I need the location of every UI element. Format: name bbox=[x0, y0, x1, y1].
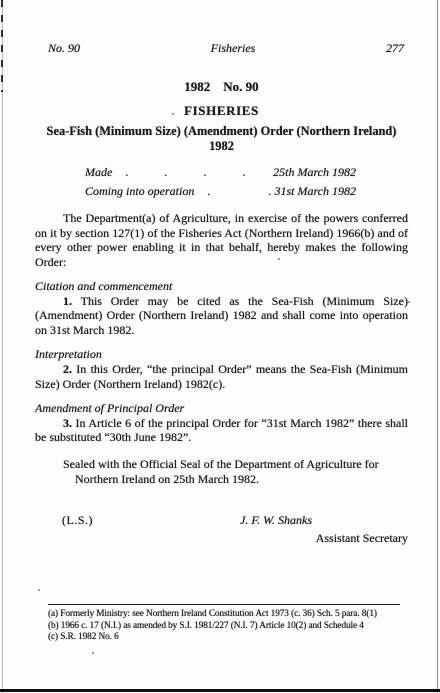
statutory-rule-page: No. 90 Fisheries 277 1982 No. 90 FISHERI… bbox=[0, 0, 440, 693]
title-category: FISHERIES bbox=[35, 103, 408, 119]
article-3-paragraph: 3. In Article 6 of the principal Order f… bbox=[35, 416, 408, 445]
seal-mark: (L.S.) bbox=[62, 513, 93, 528]
header-subject: Fisheries bbox=[80, 41, 386, 56]
operation-label: Coming into operation bbox=[85, 184, 194, 199]
dates-table: Made ..... 25th March 1982 Coming into o… bbox=[85, 165, 356, 202]
article-3-number: 3. bbox=[63, 416, 72, 430]
page-left-edge-line bbox=[2, 0, 3, 693]
title-year-number: 1982 No. 90 bbox=[35, 79, 408, 95]
signatory-title: Assistant Secretary bbox=[236, 531, 408, 546]
page-right-edge-line bbox=[437, 0, 438, 693]
made-date: 25th March 1982 bbox=[273, 165, 356, 180]
made-date-row: Made ..... 25th March 1982 bbox=[85, 165, 356, 184]
section-heading-interpretation: Interpretation bbox=[35, 347, 408, 361]
article-2-paragraph: 2. In this Order, “the principal Order” … bbox=[35, 362, 408, 391]
signature-block: J. F. W. Shanks Assistant Secretary bbox=[236, 513, 408, 546]
article-1-text: This Order may be cited as the Sea-Fish … bbox=[35, 294, 408, 337]
header-rule-number: No. 90 bbox=[48, 41, 80, 56]
header-page-number: 277 bbox=[386, 41, 404, 56]
scan-artifact bbox=[38, 589, 40, 591]
operation-date-row: Coming into operation .. 31st March 1982 bbox=[85, 184, 356, 203]
section-heading-citation: Citation and commencement bbox=[35, 279, 408, 293]
sealing-clause: Sealed with the Official Seal of the Dep… bbox=[75, 457, 408, 486]
article-1-paragraph: 1. This Order may be cited as the Sea-Fi… bbox=[35, 294, 408, 338]
article-3-text: In Article 6 of the principal Order for … bbox=[35, 416, 408, 445]
footnote-b: (b) 1966 c. 17 (N.I.) as amended by S.I.… bbox=[48, 621, 412, 633]
scan-artifact bbox=[408, 301, 410, 303]
footnote-a: (a) Formerly Ministry: see Northern Irel… bbox=[48, 609, 412, 621]
article-2-number: 2. bbox=[63, 362, 72, 376]
made-label: Made bbox=[85, 165, 112, 180]
signature-row: (L.S.) J. F. W. Shanks Assistant Secreta… bbox=[35, 513, 408, 546]
footnote-c: (c) S.R. 1982 No. 6 bbox=[48, 632, 412, 644]
order-title: Sea-Fish (Minimum Size) (Amendment) Orde… bbox=[35, 124, 408, 154]
page-content: No. 90 Fisheries 277 1982 No. 90 FISHERI… bbox=[35, 0, 408, 546]
running-header: No. 90 Fisheries 277 bbox=[35, 41, 408, 56]
scan-artifact bbox=[1, 0, 3, 92]
dot-leader: .. bbox=[194, 184, 274, 199]
signatory-name: J. F. W. Shanks bbox=[236, 513, 408, 528]
section-heading-amendment: Amendment of Principal Order bbox=[35, 401, 408, 415]
article-1-number: 1. bbox=[63, 294, 72, 308]
footnote-divider bbox=[48, 604, 400, 605]
footnotes: (a) Formerly Ministry: see Northern Irel… bbox=[48, 604, 412, 644]
scan-artifact bbox=[92, 652, 94, 654]
article-2-text: In this Order, “the principal Order” mea… bbox=[35, 362, 408, 391]
dot-leader: ..... bbox=[112, 165, 273, 180]
preamble-paragraph: The Department(a) of Agriculture, in exe… bbox=[35, 211, 408, 269]
page-bottom-edge-line bbox=[0, 689, 440, 692]
operation-date: 31st March 1982 bbox=[274, 184, 356, 199]
